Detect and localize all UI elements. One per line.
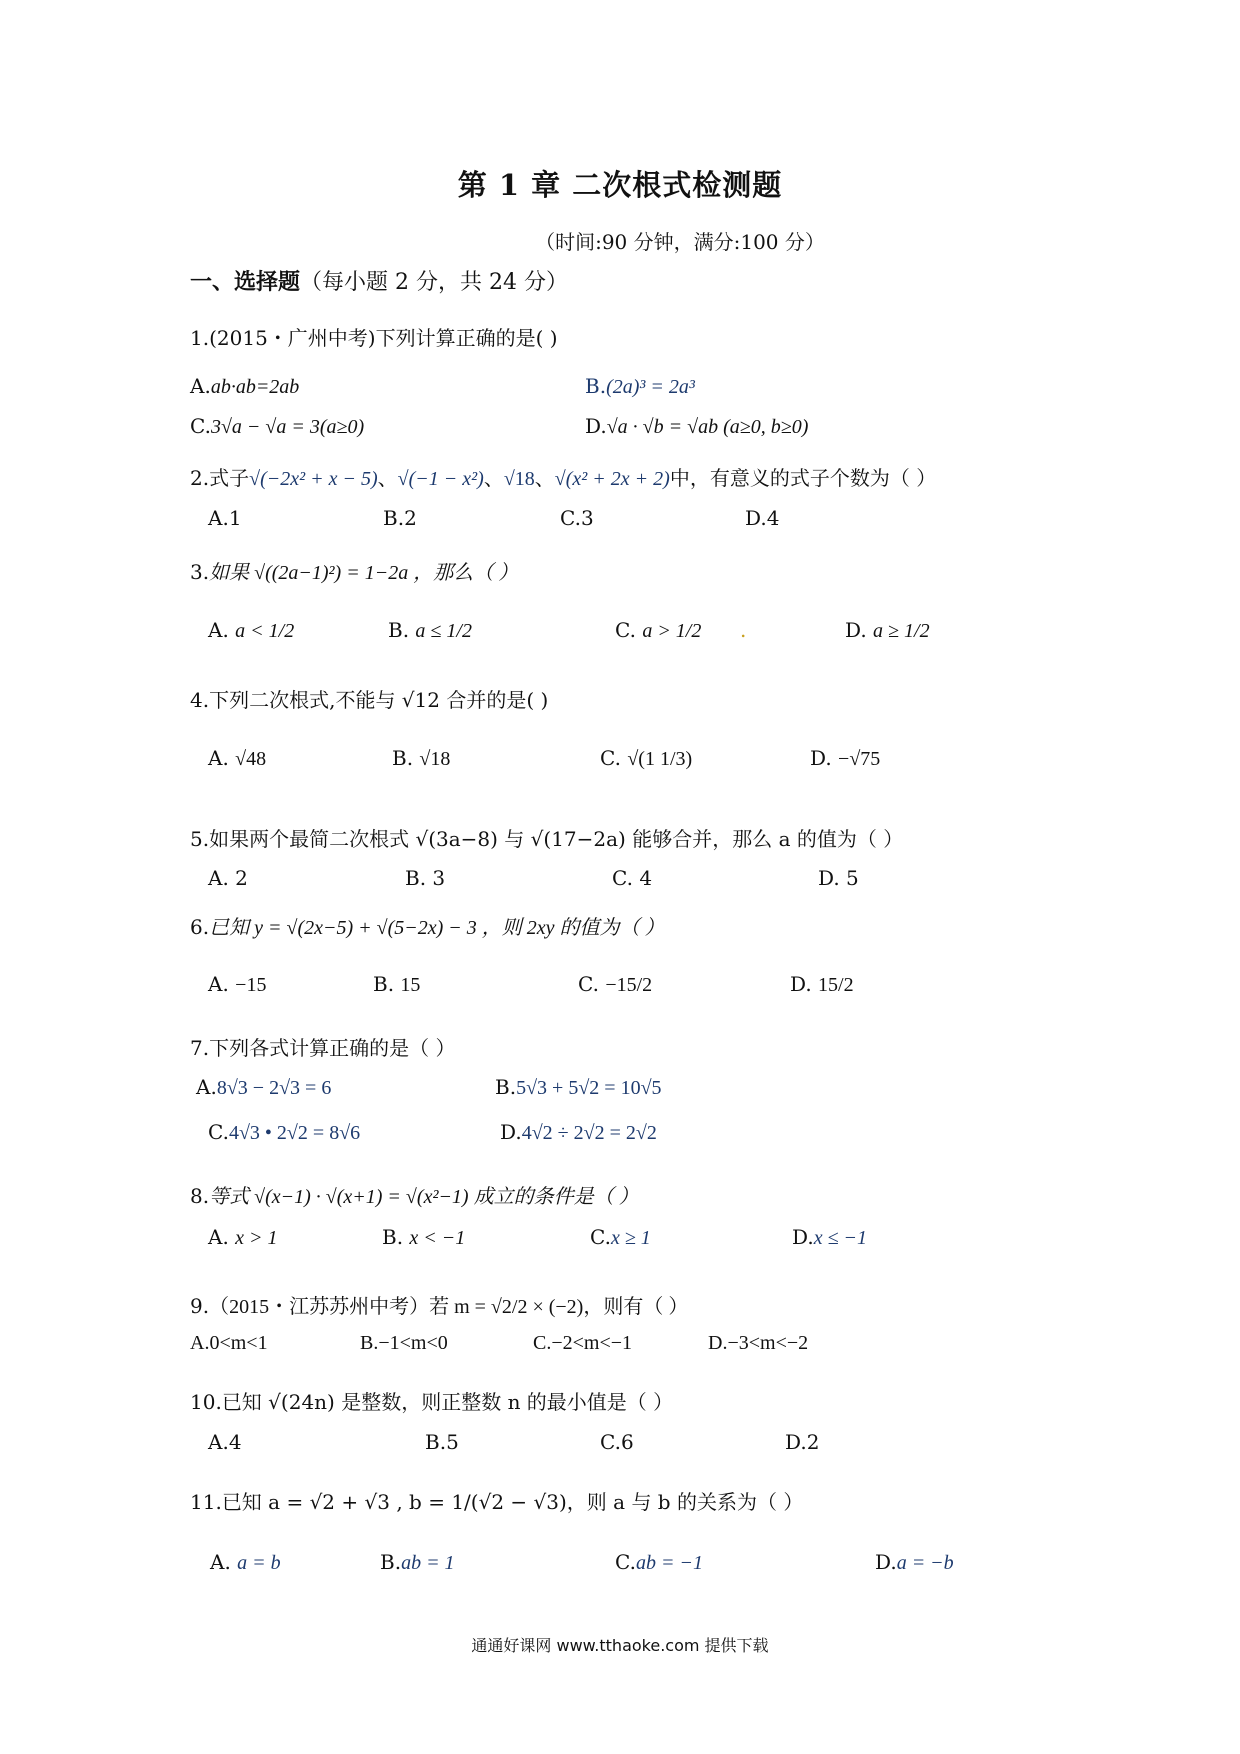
question-1-option-c: C.3√a − √a = 3(a≥0)	[190, 414, 364, 439]
question-5-option-b: B. 3	[405, 866, 445, 890]
expr-3: √18	[504, 468, 535, 490]
question-2-option-a: A.1	[208, 506, 242, 530]
question-11-option-c: C.ab = −1	[615, 1550, 703, 1575]
question-1-stem: 1.(2015・广州中考)下列计算正确的是( )	[190, 322, 558, 351]
question-3-option-c: C. a > 1/2	[615, 618, 701, 643]
question-11-option-d: D.a = −b	[875, 1550, 954, 1575]
question-10-option-c: C.6	[600, 1430, 634, 1454]
question-1-option-b: B.(2a)³ = 2a³	[585, 374, 695, 399]
stray-mark: .	[740, 618, 746, 642]
question-4-option-c: C. √(1 1/3)	[600, 746, 692, 771]
question-3-option-b: B. a ≤ 1/2	[388, 618, 472, 643]
question-9-option-a: A.0<m<1	[190, 1332, 268, 1355]
question-8-option-b: B. x < −1	[382, 1225, 465, 1250]
expr-1: √(−2x² + x − 5)	[249, 468, 378, 490]
question-11-option-a: A. a = b	[210, 1550, 281, 1575]
question-2-stem: 2.式子√(−2x² + x − 5)、√(−1 − x²)、√18、√(x² …	[190, 462, 936, 491]
question-4-stem: 4.下列二次根式,不能与 √12 合并的是( )	[190, 684, 548, 713]
question-1-option-d: D.√a · √b = √ab (a≥0, b≥0)	[585, 414, 808, 439]
expr-4: √(x² + 2x + 2)	[555, 468, 670, 490]
question-6-option-b: B. 15	[373, 972, 420, 997]
question-11-stem: 11.已知 a = √2 + √3 , b = 1/(√2 − √3)，则 a …	[190, 1486, 803, 1515]
question-7-option-c: C.4√3 • 2√2 = 8√6	[208, 1120, 360, 1145]
question-5-option-c: C. 4	[612, 866, 652, 890]
question-7-stem: 7.下列各式计算正确的是（ ）	[190, 1032, 455, 1061]
section-note: （每小题 2 分，共 24 分）	[300, 270, 568, 295]
question-3-option-a: A. a < 1/2	[208, 618, 294, 643]
question-5-option-a: A. 2	[208, 866, 248, 890]
question-7-option-a: A.8√3 − 2√3 = 6	[196, 1075, 331, 1100]
question-8-stem: 8.等式 √(x−1) · √(x+1) = √(x²−1) 成立的条件是（ ）	[190, 1180, 639, 1209]
question-8-option-d: D.x ≤ −1	[792, 1225, 867, 1250]
question-9-option-d: D.−3<m<−2	[708, 1332, 808, 1355]
question-7-option-b: B.5√3 + 5√2 = 10√5	[495, 1075, 662, 1100]
question-6-stem: 6.已知 y = √(2x−5) + √(5−2x) − 3 ，则 2xy 的值…	[190, 911, 665, 940]
question-10-option-d: D.2	[785, 1430, 819, 1454]
footer-source: 通通好课网 www.tthaoke.com 提供下载	[0, 1633, 1240, 1656]
question-6-option-d: D. 15/2	[790, 972, 854, 997]
question-10-option-b: B.5	[425, 1430, 459, 1454]
section-label: 一、选择题	[190, 269, 300, 295]
question-5-option-d: D. 5	[818, 866, 859, 890]
question-6-option-a: A. −15	[208, 972, 266, 997]
question-9-option-b: B.−1<m<0	[360, 1332, 448, 1355]
question-2-option-b: B.2	[383, 506, 417, 530]
question-9-stem: 9.（2015・江苏苏州中考）若 m = √2/2 × (−2)，则有（ ）	[190, 1290, 688, 1319]
question-1-option-a: A.ab·ab=2ab	[190, 374, 299, 399]
question-6-option-c: C. −15/2	[578, 972, 652, 997]
question-2-option-c: C.3	[560, 506, 594, 530]
page-title: 第 1 章 二次根式检测题	[0, 163, 1240, 204]
question-5-stem: 5.如果两个最简二次根式 √(3a−8) 与 √(17−2a) 能够合并，那么 …	[190, 823, 903, 852]
question-7-option-d: D.4√2 ÷ 2√2 = 2√2	[500, 1120, 657, 1145]
question-3-option-d: D. a ≥ 1/2	[845, 618, 930, 643]
question-8-option-c: C.x ≥ 1	[590, 1225, 651, 1250]
section-heading: 一、选择题（每小题 2 分，共 24 分）	[190, 265, 568, 296]
question-11-option-b: B.ab = 1	[380, 1550, 455, 1575]
question-9-option-c: C.−2<m<−1	[533, 1332, 632, 1355]
question-4-option-d: D. −√75	[810, 746, 880, 771]
question-4-option-a: A. √48	[208, 746, 266, 771]
question-10-option-a: A.4	[208, 1430, 242, 1454]
question-3-stem: 3.如果 √((2a−1)²) = 1−2a ，那么（ ）	[190, 556, 518, 585]
question-8-option-a: A. x > 1	[208, 1225, 278, 1250]
exam-info: （时间:90 分钟，满分:100 分）	[0, 226, 1240, 255]
expr-2: √(−1 − x²)	[398, 468, 484, 490]
question-10-stem: 10.已知 √(24n) 是整数，则正整数 n 的最小值是（ ）	[190, 1386, 673, 1415]
question-2-option-d: D.4	[745, 506, 779, 530]
question-4-option-b: B. √18	[392, 746, 450, 771]
